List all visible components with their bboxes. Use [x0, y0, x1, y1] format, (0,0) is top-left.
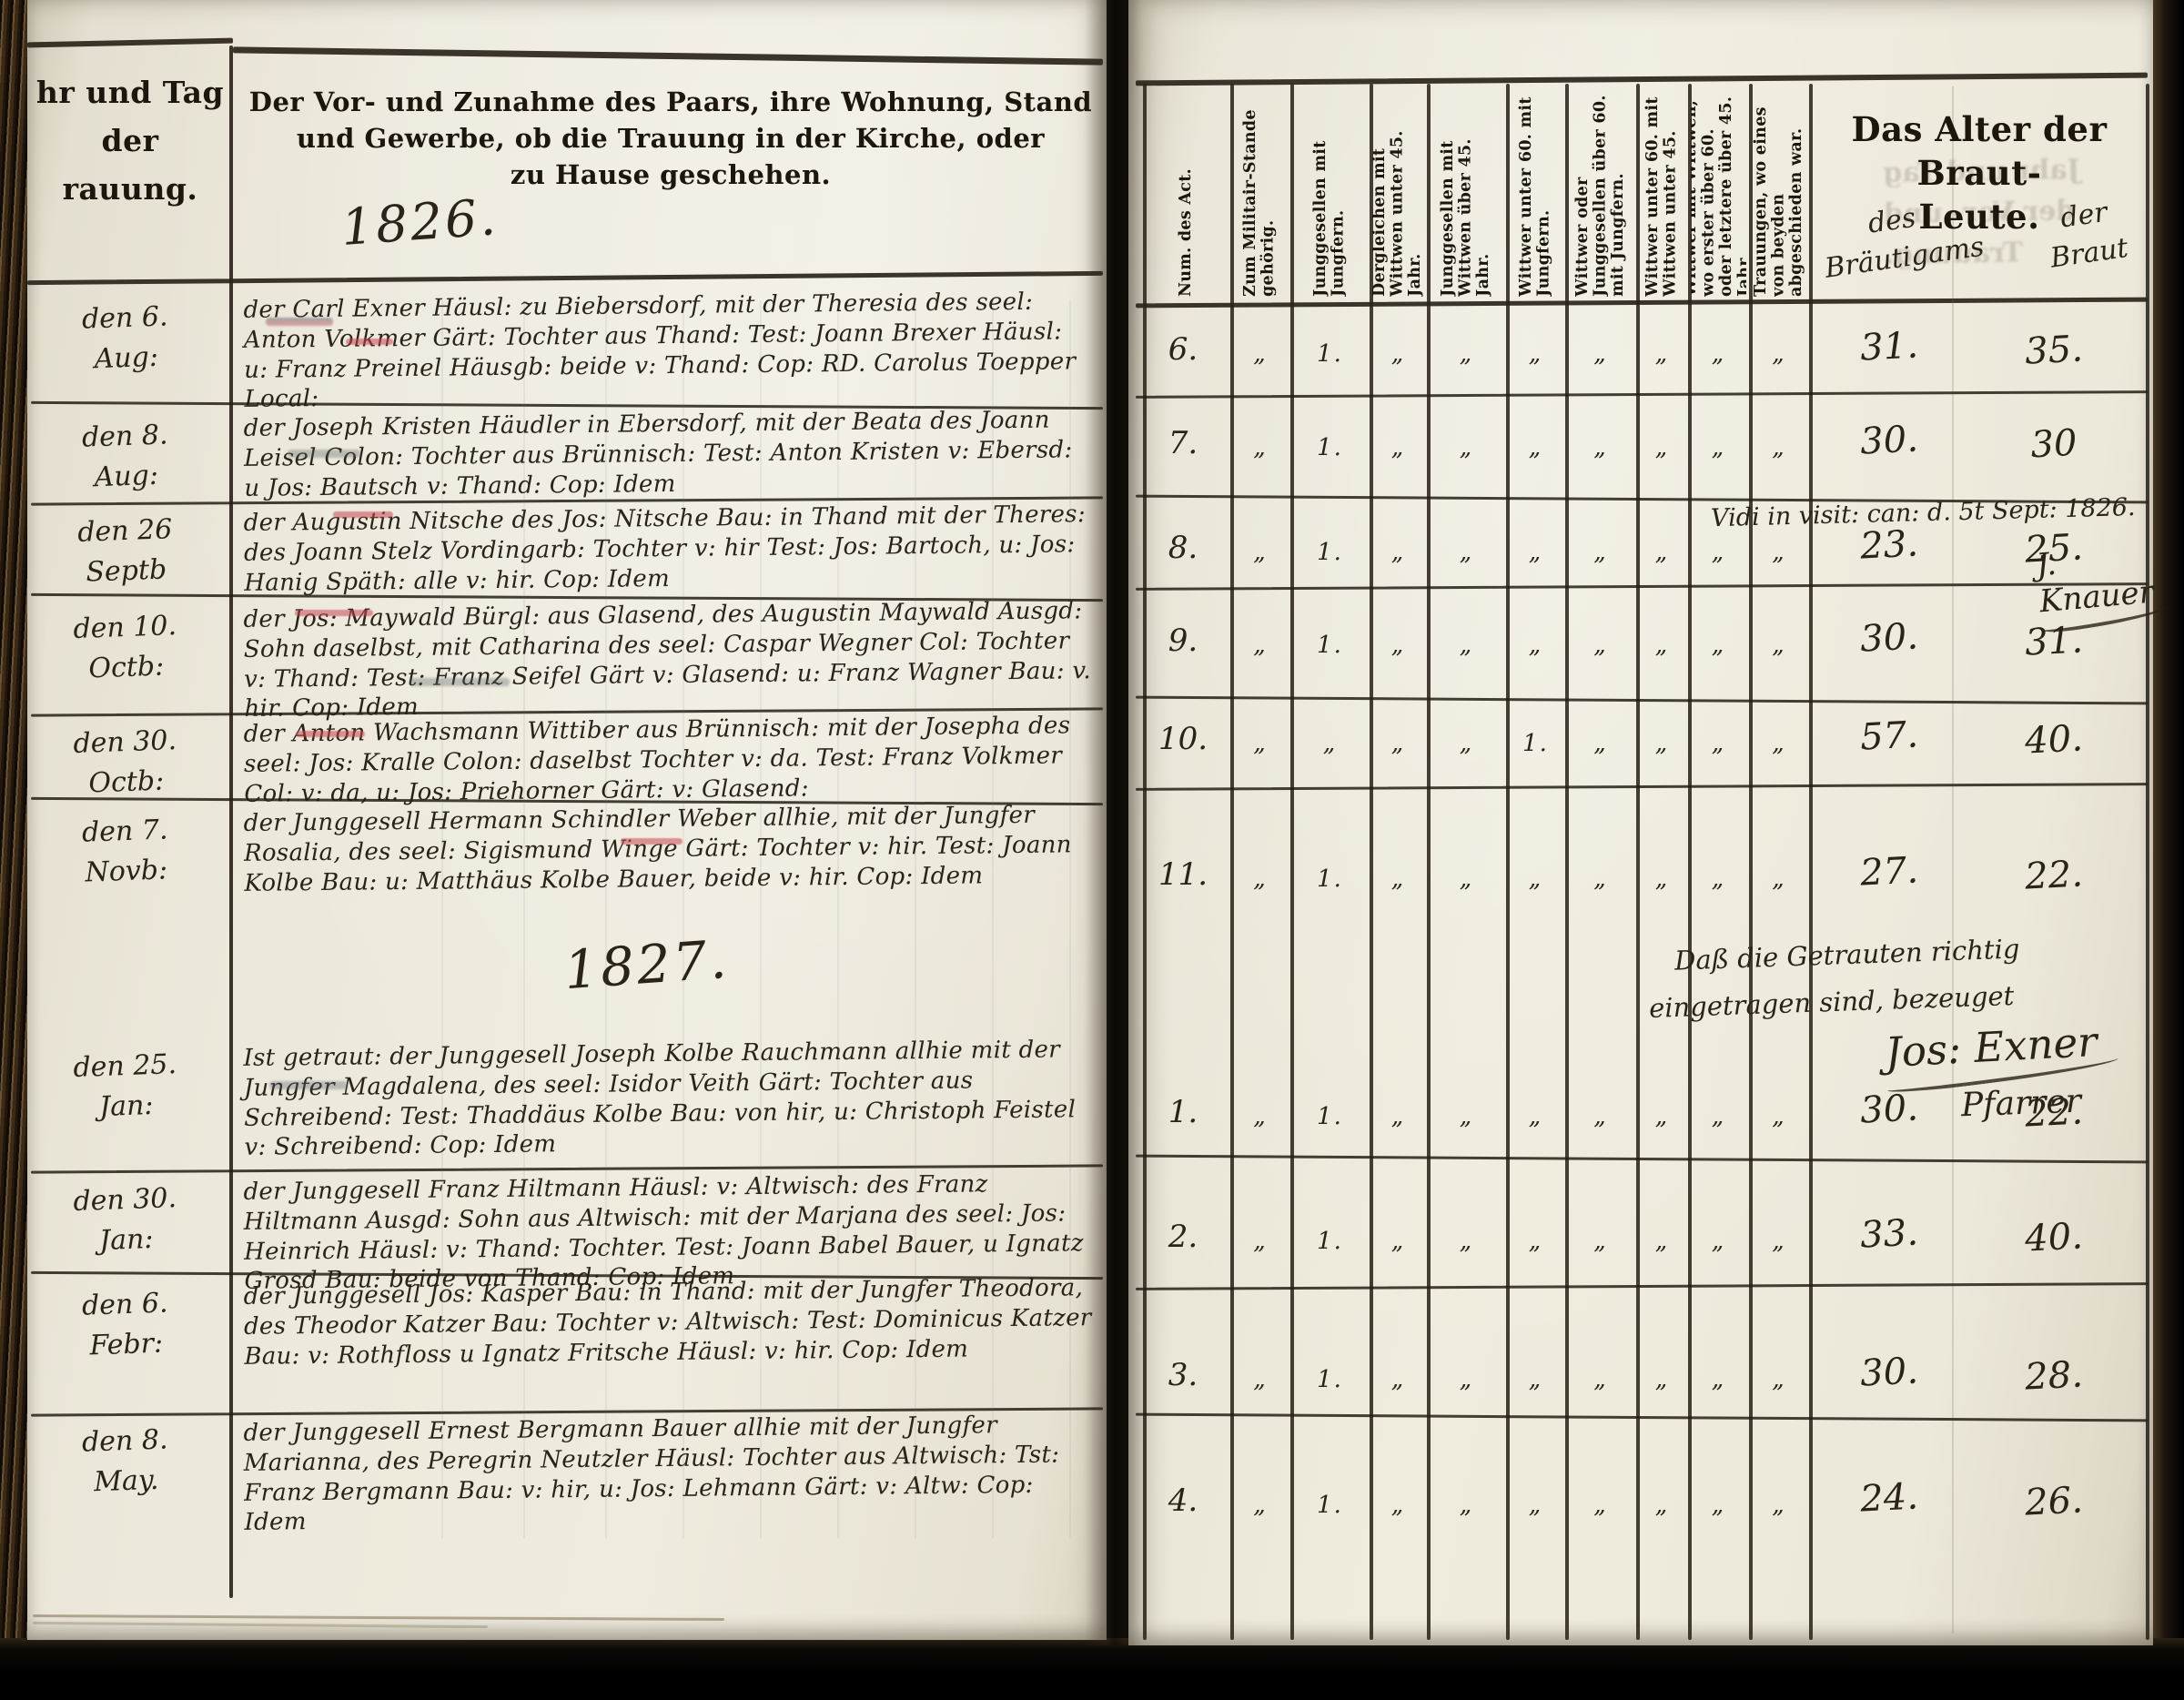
column-header-2: Zum Militair-Stande gehörig.: [1233, 93, 1288, 297]
left-page: hr und Tag der rauung. Der Vor- und Zuna…: [27, 0, 1107, 1640]
entry-date-day: den 25.: [26, 1043, 224, 1089]
statistics-row: 2.„1.„„„„„„„33.40.: [1128, 1188, 2149, 1292]
column-header-text: Dergleichen mit Wittwen unter 45. Jahr.: [1372, 93, 1424, 297]
right-page: Jahr und Tag der Vor- und Trauung. Num. …: [1128, 0, 2153, 1645]
tally-mark: „: [1690, 1228, 1747, 1255]
column-header-9: Wittwer mit Wittwen, wo erster über 60. …: [1691, 93, 1746, 297]
bleed-through-line: [523, 300, 525, 1538]
entry-date: den 7.Novb:: [26, 808, 226, 894]
tally-mark: „: [1508, 1228, 1563, 1255]
red-underline-mark: [295, 610, 373, 616]
bride-age: 26.: [1972, 1476, 2136, 1526]
tally-mark: „: [1690, 1103, 1747, 1130]
entry-text: der Junggesell Ernest Bergmann Bauer all…: [243, 1410, 1092, 1538]
red-underline-mark: [266, 318, 333, 326]
entry-date: den 25.Jan:: [26, 1043, 226, 1128]
tally-mark: „: [1751, 1228, 1807, 1255]
column-header-text: Wittwer mit Wittwen, wo erster über 60. …: [1691, 93, 1746, 297]
entry-date-month: Novb:: [27, 848, 225, 895]
entry-date: den 30.Jan:: [26, 1177, 226, 1262]
statistics-row: 8.„1.„„„„„„„23.25.: [1128, 514, 2149, 589]
tally-mark: „: [1638, 539, 1686, 566]
tally-mark: „: [1371, 434, 1425, 461]
entry-date-day: den 30.: [26, 719, 224, 765]
entry-date-month: May.: [27, 1458, 225, 1504]
statistics-row: 10.„„„„1.„„„„57.40.: [1128, 699, 2149, 785]
tally-mark: „: [1508, 1492, 1563, 1519]
column-header-text: Zum Militair-Stande gehörig.: [1242, 93, 1278, 297]
entry-date-month: Octb:: [27, 644, 225, 691]
red-underline-mark: [333, 511, 393, 518]
tally-mark: „: [1638, 1492, 1686, 1519]
entry-date-day: den 8.: [26, 413, 224, 460]
bride-age: 40.: [1972, 1212, 2136, 1262]
marriage-entry: den 6.Aug:der Carl Exner Häusl: zu Biebe…: [27, 289, 1103, 406]
tally-mark: „: [1567, 434, 1634, 461]
tally-mark: „: [1371, 1228, 1425, 1255]
groom-age: 30.: [1812, 1085, 1967, 1135]
tally-mark: „: [1232, 730, 1289, 757]
column-header-text: Num. des Act.: [1178, 168, 1196, 297]
tally-mark: „: [1371, 340, 1425, 368]
marriage-entry: den 8.May.der Junggesell Ernest Bergmann…: [27, 1412, 1103, 1549]
bleed-through-line: [915, 300, 916, 1538]
tally-mark: „: [1429, 1228, 1504, 1255]
statistics-row: 4.„1.„„„„„„„24.26.: [1128, 1452, 2149, 1556]
bleed-through-line: [682, 300, 684, 1538]
row-number: 10.: [1145, 721, 1221, 757]
marriage-entries: den 6.Aug:der Carl Exner Häusl: zu Biebe…: [27, 0, 1107, 1640]
marriage-entry: den 6.Febr:der Junggesell Jos: Kasper Ba…: [27, 1276, 1103, 1409]
tally-mark: „: [1751, 865, 1807, 893]
column-header-text: Junggesellen mit Jungfern.: [1312, 93, 1348, 297]
tally-mark: „: [1690, 434, 1747, 461]
tally-mark: „: [1508, 539, 1563, 566]
tally-mark: „: [1567, 730, 1634, 757]
groom-age: 30.: [1812, 613, 1967, 663]
tally-mark: 1.: [1292, 340, 1368, 368]
tally-mark: „: [1567, 340, 1634, 368]
certification-signature-title: Pfarrer: [1960, 1083, 2081, 1125]
entry-date-month: Jan:: [27, 1217, 225, 1263]
groom-age: 24.: [1812, 1473, 1967, 1523]
entry-date-month: Jan:: [27, 1083, 225, 1129]
tally-mark: „: [1638, 1103, 1686, 1130]
bleed-through-line: [992, 300, 994, 1538]
tally-mark: „: [1232, 340, 1289, 368]
column-header-text: Wittwer oder Junggesellen über 60. mit J…: [1574, 93, 1628, 297]
bleed-through-line: [605, 300, 607, 1538]
tally-mark: „: [1567, 1366, 1634, 1393]
entry-text: der Anton Wachsmann Wittiber aus Brünnis…: [244, 711, 1093, 809]
tally-mark: 1.: [1292, 1366, 1368, 1393]
red-underline-mark: [296, 731, 365, 737]
tally-mark: „: [1567, 1492, 1634, 1519]
tally-mark: „: [1567, 632, 1634, 659]
tally-mark: „: [1638, 865, 1686, 893]
pencil-smudge: [409, 678, 510, 686]
tally-mark: „: [1751, 434, 1807, 461]
tally-mark: 1.: [1292, 632, 1368, 659]
row-number: 4.: [1145, 1482, 1221, 1519]
entry-date: den 10.Octb:: [26, 604, 226, 690]
entry-text: der Carl Exner Häusl: zu Biebersdorf, mi…: [243, 287, 1092, 415]
groom-age: 31.: [1812, 322, 1967, 372]
tally-mark: „: [1751, 730, 1807, 757]
tally-mark: „: [1232, 1492, 1289, 1519]
tally-mark: „: [1508, 340, 1563, 368]
tally-mark: „: [1429, 434, 1504, 461]
tally-mark: „: [1232, 865, 1289, 893]
tally-mark: „: [1508, 434, 1563, 461]
tally-mark: „: [1371, 1366, 1425, 1393]
marriage-entry: den 25.Jan:Ist getraut: der Junggesell J…: [27, 1037, 1103, 1165]
tally-mark: „: [1429, 730, 1504, 757]
tally-mark: „: [1429, 1492, 1504, 1519]
tally-mark: „: [1508, 865, 1563, 893]
entry-date-day: den 8.: [26, 1418, 224, 1464]
entry-text: der Junggesell Hermann Schindler Weber a…: [244, 800, 1093, 898]
tally-mark: 1.: [1292, 1103, 1368, 1130]
statistics-table: Num. des Act.Zum Militair-Stande gehörig…: [1128, 0, 2153, 1645]
row-number: 11.: [1145, 856, 1221, 893]
statistics-row: 6.„1.„„„„„„„31.35.: [1128, 309, 2149, 396]
tally-mark: „: [1371, 730, 1425, 757]
bleed-through-line: [441, 300, 443, 1538]
column-header-text: Wittwer unter 60. mit Wittwen unter 45.: [1644, 93, 1680, 297]
tally-mark: „: [1567, 1228, 1634, 1255]
column-header-text: Trauungen, wo eines von beyden abgeschie…: [1753, 93, 1806, 297]
entry-date: den 6.Febr:: [26, 1281, 226, 1367]
entry-date-month: Aug:: [27, 335, 225, 381]
tally-mark: „: [1429, 1366, 1504, 1393]
tally-mark: „: [1751, 632, 1807, 659]
certification-signature-name: Jos: Exner: [1884, 1017, 2098, 1091]
tally-mark: „: [1638, 632, 1686, 659]
tally-mark: 1.: [1508, 730, 1563, 757]
book-gutter-shadow: [1085, 0, 1141, 1645]
column-header-text: Wittwer unter 60. mit Jungfern.: [1518, 93, 1553, 297]
statistics-row: 7.„1.„„„„„„„30.30: [1128, 396, 2149, 498]
column-header-10: Trauungen, wo eines von beyden abgeschie…: [1752, 93, 1806, 297]
column-header-5: Junggesellen mit Wittwen über 45. Jahr.: [1430, 93, 1503, 297]
groom-age: 30.: [1812, 1348, 1967, 1398]
entry-date-day: den 30.: [26, 1177, 224, 1223]
tally-mark: „: [1567, 865, 1634, 893]
tally-mark: „: [1638, 340, 1686, 368]
column-header-7: Wittwer oder Junggesellen über 60. mit J…: [1568, 93, 1633, 297]
column-header-8: Wittwer unter 60. mit Wittwen unter 45.: [1639, 93, 1685, 297]
tally-mark: „: [1232, 1366, 1289, 1393]
row-number: 2.: [1145, 1219, 1221, 1255]
pencil-smudge: [288, 450, 360, 458]
bride-age: 30: [1972, 419, 2136, 469]
marriage-entry: den 30.Jan:der Junggesell Franz Hiltmann…: [27, 1171, 1103, 1274]
tally-mark: „: [1638, 1366, 1686, 1393]
red-underline-mark: [621, 838, 682, 845]
tally-mark: „: [1232, 1228, 1289, 1255]
groom-age: 57.: [1812, 712, 1967, 762]
tally-mark: „: [1232, 539, 1289, 566]
groom-age: 27.: [1812, 847, 1967, 897]
column-header-4: Dergleichen mit Wittwen unter 45. Jahr.: [1372, 93, 1424, 297]
entry-text: Ist getraut: der Junggesell Joseph Kolbe…: [243, 1035, 1092, 1163]
entry-date: den 6.Aug:: [26, 295, 226, 380]
bride-age: 22.: [1972, 850, 2136, 900]
tally-mark: 1.: [1292, 1228, 1368, 1255]
entry-date: den 26Septb: [26, 508, 226, 593]
groom-age: 33.: [1812, 1209, 1967, 1260]
row-number: 8.: [1145, 530, 1221, 566]
tally-mark: „: [1690, 1366, 1747, 1393]
tally-mark: „: [1371, 1103, 1425, 1130]
entry-date: den 8.Aug:: [26, 413, 226, 499]
tally-mark: „: [1638, 434, 1686, 461]
tally-mark: „: [1567, 539, 1634, 566]
tally-mark: „: [1751, 539, 1807, 566]
tally-mark: 1.: [1292, 539, 1368, 566]
tally-mark: 1.: [1292, 434, 1368, 461]
column-header-6: Wittwer unter 60. mit Jungfern.: [1509, 93, 1562, 297]
entry-date-day: den 26: [26, 508, 224, 554]
marriage-entry: den 26Septbder Augustin Nitsche des Jos:…: [27, 502, 1103, 597]
tally-mark: „: [1508, 1366, 1563, 1393]
entry-date-day: den 6.: [26, 1281, 224, 1328]
marriage-entry: den 10.Octb:der Jos: Maywald Bürgl: aus …: [27, 599, 1103, 712]
bride-age: 40.: [1972, 714, 2136, 764]
age-subheader-bride: der Braut: [2023, 188, 2150, 280]
column-header-1: Num. des Act.: [1146, 93, 1228, 297]
entry-date: den 30.Octb:: [26, 719, 226, 804]
groom-age: 30.: [1812, 416, 1967, 466]
tally-mark: „: [1751, 1366, 1807, 1393]
statistics-row: 9.„1.„„„„„„„30.31.: [1128, 592, 2149, 696]
tally-mark: „: [1508, 632, 1563, 659]
tally-mark: „: [1429, 1103, 1504, 1130]
tally-mark: „: [1371, 632, 1425, 659]
marriage-entry: den 8.Aug:der Joseph Kristen Häudler in …: [27, 408, 1103, 501]
tally-mark: „: [1508, 1103, 1563, 1130]
tally-mark: „: [1371, 865, 1425, 893]
row-number: 6.: [1145, 331, 1221, 368]
entry-text: der Joseph Kristen Häudler in Ebersdorf,…: [244, 405, 1093, 503]
tally-mark: „: [1232, 1103, 1289, 1130]
tally-mark: „: [1638, 1228, 1686, 1255]
scan-bottom-background: [0, 1638, 2184, 1700]
entry-date-day: den 6.: [26, 295, 224, 341]
tally-mark: „: [1371, 1492, 1425, 1519]
entry-date-month: Septb: [27, 548, 225, 594]
tally-mark: „: [1429, 340, 1504, 368]
tally-mark: „: [1429, 632, 1504, 659]
row-number: 9.: [1145, 622, 1221, 659]
book-scan: hr und Tag der rauung. Der Vor- und Zuna…: [0, 0, 2184, 1700]
tally-mark: „: [1567, 1103, 1634, 1130]
tally-mark: „: [1751, 1492, 1807, 1519]
tally-mark: 1.: [1292, 1492, 1368, 1519]
tally-mark: „: [1232, 434, 1289, 461]
tally-mark: „: [1690, 865, 1747, 893]
tally-mark: „: [1690, 539, 1747, 566]
row-number: 1.: [1145, 1094, 1221, 1130]
tally-mark: „: [1690, 730, 1747, 757]
visitation-signature: J. Knauer: [2035, 538, 2157, 635]
bride-age: 35.: [1972, 325, 2136, 375]
entry-date-day: den 7.: [26, 808, 224, 855]
marriage-entry: den 7.Novb:der Junggesell Hermann Schind…: [27, 803, 1103, 939]
tally-mark: „: [1638, 730, 1686, 757]
bleed-through-line: [837, 300, 839, 1538]
entry-date: den 8.May.: [26, 1418, 226, 1503]
tally-mark: „: [1232, 632, 1289, 659]
tally-mark: „: [1292, 730, 1368, 757]
row-number: 3.: [1145, 1357, 1221, 1393]
marriage-entry: den 30.Octb:der Anton Wachsmann Wittiber…: [27, 713, 1103, 801]
bleed-through-line: [760, 300, 762, 1538]
tally-mark: „: [1690, 632, 1747, 659]
tally-mark: „: [1751, 1103, 1807, 1130]
tally-mark: „: [1429, 539, 1504, 566]
bride-age: 28.: [1972, 1351, 2136, 1401]
age-header-line: Das Alter der Braut-: [1825, 107, 2133, 195]
pencil-smudge: [269, 1081, 348, 1089]
column-header-text: Junggesellen mit Wittwen über 45. Jahr.: [1440, 93, 1493, 297]
tally-mark: „: [1690, 340, 1747, 368]
entry-date-day: den 10.: [26, 604, 224, 651]
column-header-3: Junggesellen mit Jungfern.: [1293, 93, 1367, 297]
bleed-through-line: [1069, 300, 1071, 1538]
statistics-row: 3.„1.„„„„„„„30.28.: [1128, 1331, 2149, 1426]
tally-mark: „: [1751, 340, 1807, 368]
entry-text: der Junggesell Jos: Kasper Bau: in Thand…: [244, 1273, 1093, 1371]
red-underline-mark: [346, 339, 393, 345]
tally-mark: 1.: [1292, 865, 1368, 893]
entry-date-month: Aug:: [27, 453, 225, 500]
statistics-row: 11.„1.„„„„„„„27.22.: [1128, 819, 2149, 937]
tally-mark: „: [1429, 865, 1504, 893]
row-number: 7.: [1145, 425, 1221, 461]
tally-mark: „: [1371, 539, 1425, 566]
tally-mark: „: [1690, 1492, 1747, 1519]
entry-date-month: Febr:: [27, 1321, 225, 1368]
